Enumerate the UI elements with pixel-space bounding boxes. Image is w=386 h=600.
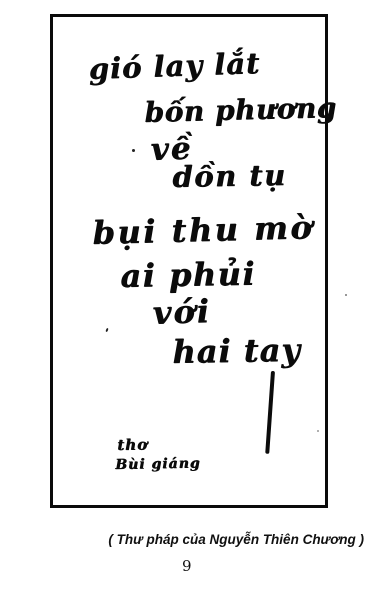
poem-line-6: ai phủi — [120, 255, 256, 295]
poem-line-4: dồn tụ — [172, 158, 287, 194]
scan-speck — [317, 430, 319, 432]
signature-line-1: thơ — [117, 435, 148, 454]
scan-speck — [345, 294, 347, 296]
poem-line-2: bốn phương — [144, 91, 337, 129]
calligrapher-caption: ( Thư pháp của Nguyễn Thiên Chương ) — [108, 532, 364, 547]
poem-line-8: hai tay — [172, 331, 301, 371]
book-page: gió lay lắt bốn phương về dồn tụ bụi thu… — [0, 0, 386, 600]
poem-line-7: với — [152, 292, 211, 332]
poem-line-5: bụi thu mờ — [92, 208, 315, 252]
page-number: 9 — [182, 557, 192, 575]
signature-line-2: Bùi giáng — [115, 456, 201, 473]
poem-line-1: gió lay lắt — [88, 46, 261, 86]
scan-speck — [132, 149, 135, 152]
